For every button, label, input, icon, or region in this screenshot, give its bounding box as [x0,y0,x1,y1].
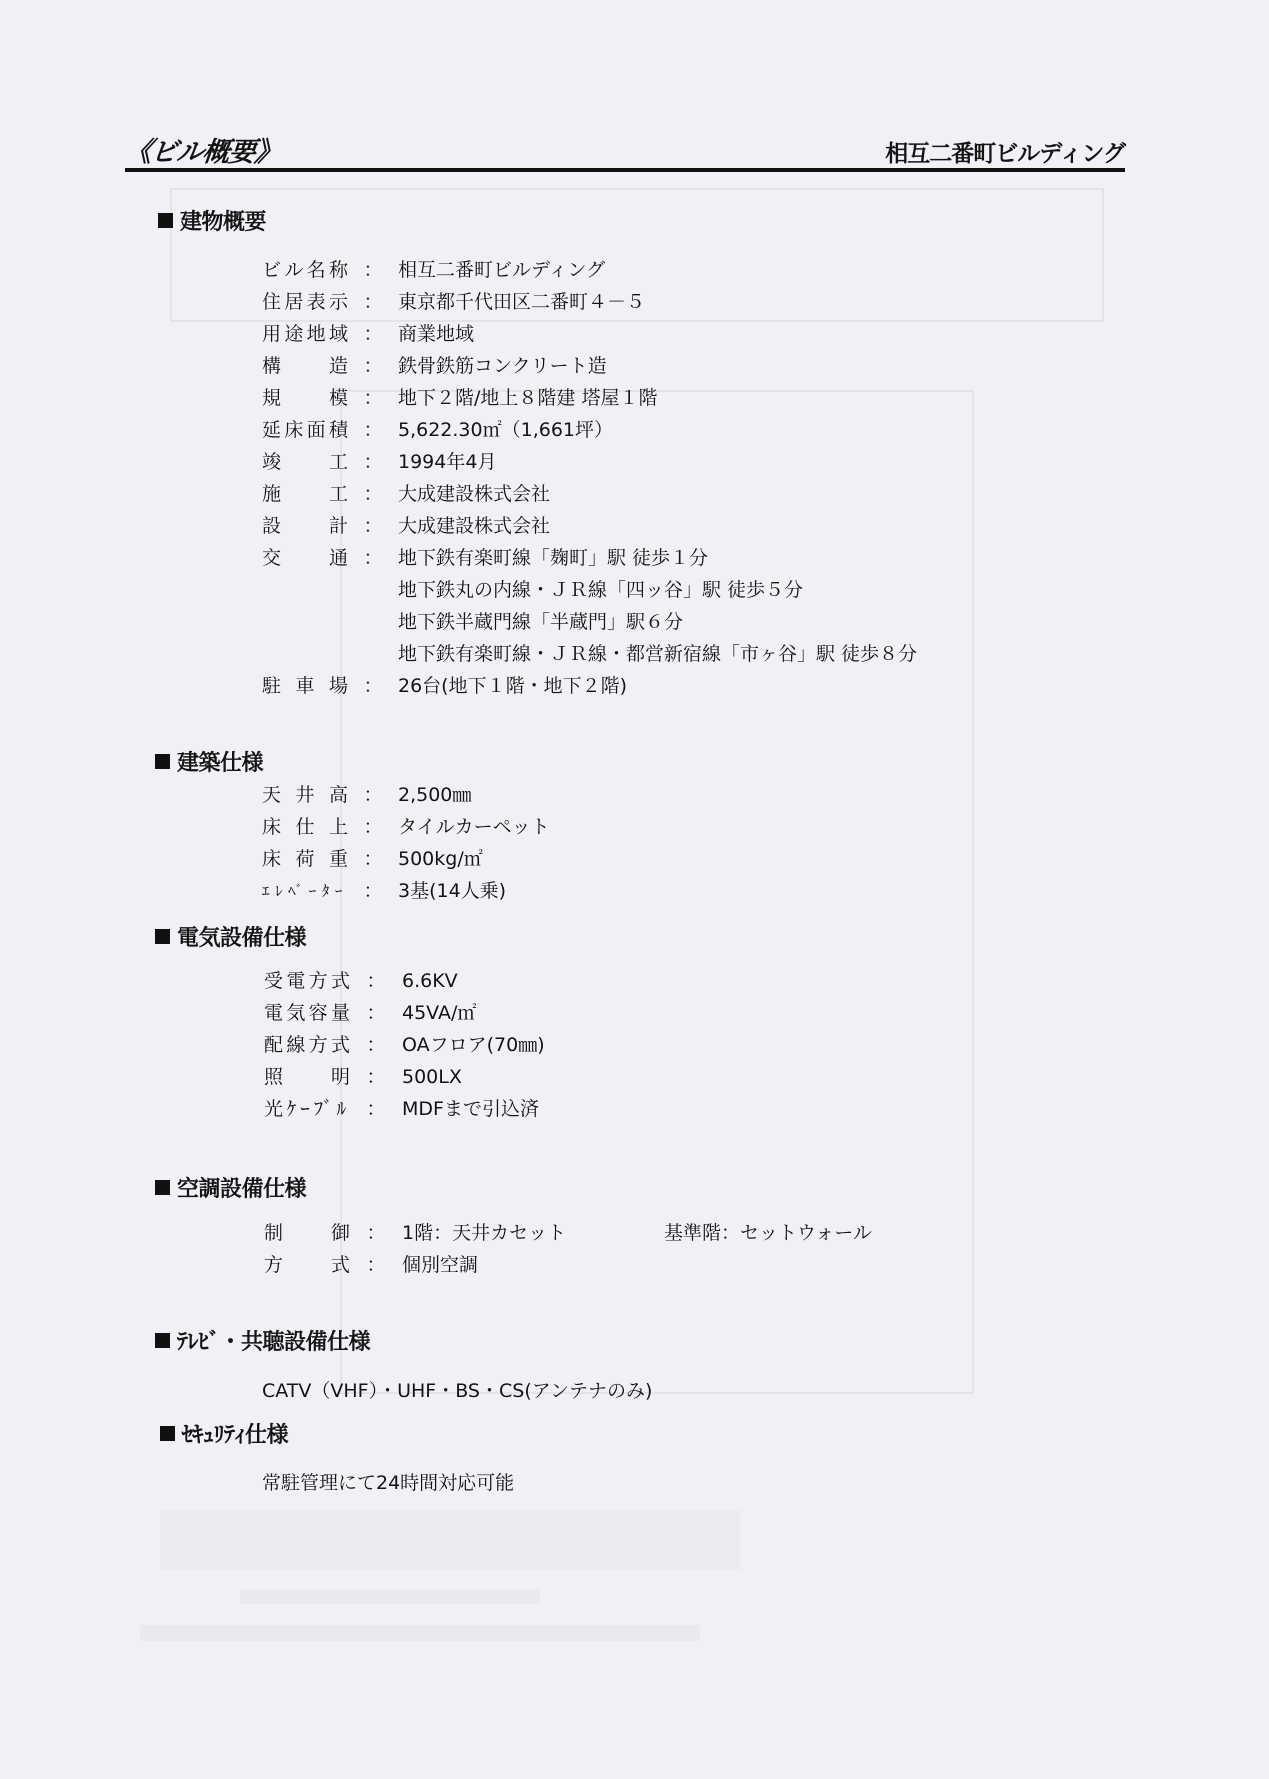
table-row: 規模：地下２階/地上８階建 塔屋１階 [262,382,657,414]
section-heading-architecture: 建築仕様 [155,746,263,777]
row-value: 1階：天井カセット [402,1217,664,1249]
section-title: 建築仕様 [177,746,263,777]
section-title: 建物概要 [180,205,266,236]
row-colon: ： [348,478,398,510]
row-label: ｴﾚﾍﾞｰﾀｰ [262,875,348,907]
row-label: 光ｹｰﾌﾞﾙ [264,1093,350,1125]
section-title: ｾｷｭﾘﾃｨ仕様 [182,1418,288,1449]
row-value: MDFまで引込済 [402,1093,539,1125]
row-colon: ： [350,997,402,1029]
table-row: 延床面積：5,622.30㎡（1,661坪） [262,414,613,446]
section-title: 空調設備仕様 [177,1172,306,1203]
table-row: ｴﾚﾍﾞｰﾀｰ：3基(14人乗) [262,875,506,907]
row-colon: ： [348,811,398,843]
table-row: 照明：500LX [264,1061,462,1093]
row-colon: ： [348,875,398,907]
header-rule [125,168,1125,172]
table-row: 竣工：1994年4月 [262,446,496,478]
row-label: 用途地域 [262,318,348,350]
row-label: 駐車場 [262,670,348,702]
row-colon: ： [350,1217,402,1249]
square-bullet-icon [155,1333,170,1348]
row-colon: ： [350,1093,402,1125]
table-row: 方式：個別空調 [264,1249,478,1281]
section-title: 電気設備仕様 [177,921,306,952]
table-row: 天井高：2,500㎜ [262,779,471,811]
row-value: 東京都千代田区二番町４－５ [398,286,645,318]
section-heading-overview: 建物概要 [158,205,266,236]
row-value-secondary: 基準階：セットウォール [664,1217,872,1249]
section-heading-tv: ﾃﾚﾋﾞ・共聴設備仕様 [155,1325,370,1356]
bleed-through-shape [140,1625,700,1641]
doc-title: 《ビル概要》 [123,130,283,169]
row-colon: ： [350,1249,402,1281]
row-label: 天井高 [262,779,348,811]
table-row: 施工：大成建設株式会社 [262,478,550,510]
row-colon: ： [350,1061,402,1093]
row-value: 商業地域 [398,318,474,350]
table-row: 住居表示：東京都千代田区二番町４－５ [262,286,645,318]
row-label: 構造 [262,350,348,382]
row-value: 45VA/㎡ [402,997,476,1029]
row-value: 500LX [402,1061,462,1093]
table-row: 地下鉄有楽町線・ＪＲ線・都営新宿線「市ヶ谷」駅 徒歩８分 [398,638,917,670]
table-row: 地下鉄半蔵門線「半蔵門」駅６分 [398,606,683,638]
row-value: 地下鉄半蔵門線「半蔵門」駅６分 [398,606,683,638]
row-value: 3基(14人乗) [398,875,506,907]
row-label: 制御 [264,1217,350,1249]
table-row: 地下鉄丸の内線・ＪＲ線「四ッ谷」駅 徒歩５分 [398,574,803,606]
row-value: 大成建設株式会社 [398,478,550,510]
section-heading-electrical: 電気設備仕様 [155,921,306,952]
row-colon: ： [348,254,398,286]
row-label: ビル名称 [262,254,348,286]
row-label: 床荷重 [262,843,348,875]
table-row: 構造：鉄骨鉄筋コンクリート造 [262,350,607,382]
square-bullet-icon [158,213,173,228]
row-label: 床仕上 [262,811,348,843]
row-colon: ： [348,318,398,350]
row-value: 26台(地下１階・地下２階) [398,670,627,702]
table-row: ビル名称：相互二番町ビルディング [262,254,605,286]
table-row: 受電方式：6.6KV [264,965,458,997]
row-colon: ： [348,670,398,702]
row-colon: ： [350,1029,402,1061]
square-bullet-icon [155,754,170,769]
row-colon: ： [348,446,398,478]
row-colon: ： [348,286,398,318]
row-colon: ： [348,542,398,574]
row-label: 延床面積 [262,414,348,446]
table-row: 用途地域：商業地域 [262,318,474,350]
row-label: 配線方式 [264,1029,350,1061]
table-row: 床仕上：タイルカーペット [262,811,550,843]
row-label: 竣工 [262,446,348,478]
table-row: 電気容量：45VA/㎡ [264,997,476,1029]
row-colon: ： [348,510,398,542]
row-colon: ： [348,350,398,382]
row-colon: ： [348,843,398,875]
row-label: 規模 [262,382,348,414]
row-label: 受電方式 [264,965,350,997]
square-bullet-icon [155,929,170,944]
row-value: OAフロア(70㎜) [402,1029,545,1061]
security-spec-text: 常駐管理にて24時間対応可能 [262,1468,514,1495]
row-label: 照明 [264,1061,350,1093]
row-colon: ： [348,414,398,446]
row-value: 500kg/㎡ [398,843,483,875]
header-building-name: 相互二番町ビルディング [885,135,1125,168]
row-value: 5,622.30㎡（1,661坪） [398,414,613,446]
row-value: 大成建設株式会社 [398,510,550,542]
table-row: 駐車場：26台(地下１階・地下２階) [262,670,627,702]
row-label: 住居表示 [262,286,348,318]
row-label: 施工 [262,478,348,510]
tv-spec-text: CATV（VHF）・UHF・BS・CS(アンテナのみ) [262,1376,652,1403]
row-colon: ： [348,382,398,414]
row-value: 地下鉄丸の内線・ＪＲ線「四ッ谷」駅 徒歩５分 [398,574,803,606]
section-title: ﾃﾚﾋﾞ・共聴設備仕様 [177,1325,370,1356]
row-value: 地下鉄有楽町線・ＪＲ線・都営新宿線「市ヶ谷」駅 徒歩８分 [398,638,917,670]
row-label: 設計 [262,510,348,542]
table-row: 床荷重：500kg/㎡ [262,843,483,875]
bleed-through-shape [160,1510,740,1570]
section-heading-hvac: 空調設備仕様 [155,1172,306,1203]
row-value: 1994年4月 [398,446,496,478]
row-value: 個別空調 [402,1249,478,1281]
row-value: 相互二番町ビルディング [398,254,605,286]
row-value: 2,500㎜ [398,779,471,811]
table-row: 配線方式：OAフロア(70㎜) [264,1029,545,1061]
row-label: 交通 [262,542,348,574]
bleed-through-shape [240,1590,540,1604]
row-value: 地下鉄有楽町線「麹町」駅 徒歩１分 [398,542,708,574]
row-label: 方式 [264,1249,350,1281]
section-heading-security: ｾｷｭﾘﾃｨ仕様 [160,1418,288,1449]
table-row: 設計：大成建設株式会社 [262,510,550,542]
table-row: 光ｹｰﾌﾞﾙ：MDFまで引込済 [264,1093,539,1125]
square-bullet-icon [155,1180,170,1195]
row-colon: ： [348,779,398,811]
row-value: 地下２階/地上８階建 塔屋１階 [398,382,657,414]
table-row: 制御：1階：天井カセット基準階：セットウォール [264,1217,872,1249]
row-value: タイルカーペット [398,811,550,843]
row-value: 6.6KV [402,965,458,997]
row-colon: ： [350,965,402,997]
table-row: 交通：地下鉄有楽町線「麹町」駅 徒歩１分 [262,542,708,574]
row-label: 電気容量 [264,997,350,1029]
row-value: 鉄骨鉄筋コンクリート造 [398,350,607,382]
square-bullet-icon [160,1426,175,1441]
